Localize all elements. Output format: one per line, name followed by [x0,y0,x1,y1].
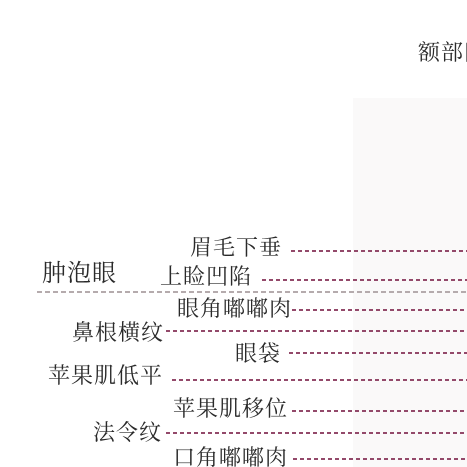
annotation-label-mouth-corner-fat: 口角嘟嘟肉 [173,447,288,467]
leader-line-brow-droop [291,250,467,252]
leader-line-flat-cheek [172,379,467,381]
annotation-label-nose-root-lines: 鼻根横纹 [72,322,164,344]
annotation-label-eye-corner-fat: 眼角嘟嘟肉 [177,298,292,320]
leader-line-nasolabial-fold [166,432,467,434]
facial-annotation-diagram: 额部凹陷 眉毛下垂 肿泡眼 上睑凹陷 眼角嘟嘟肉 鼻根横纹 眼袋 苹果肌低平 苹… [0,0,467,467]
annotation-label-eye-bag: 眼袋 [235,343,281,365]
leader-line-eye-bag [289,352,467,354]
annotation-label-upper-lid-hollow: 上睑凹陷 [160,266,252,288]
annotation-label-puffy-eye: 肿泡眼 [42,262,117,286]
leader-line-puffy-eye [37,291,467,293]
leader-line-nose-root-lines [166,330,467,332]
annotation-label-cheek-displacement: 苹果肌移位 [173,398,288,420]
annotation-label-forehead-hollow: 额部凹陷 [418,42,467,64]
annotation-label-brow-droop: 眉毛下垂 [190,237,282,259]
annotation-label-flat-cheek: 苹果肌低平 [48,365,163,387]
leader-line-mouth-corner-fat [293,458,467,460]
annotation-label-nasolabial-fold: 法令纹 [93,422,162,444]
leader-line-upper-lid-hollow [262,279,467,281]
leader-line-cheek-displacement [292,410,467,412]
leader-line-eye-corner-fat [292,309,467,311]
